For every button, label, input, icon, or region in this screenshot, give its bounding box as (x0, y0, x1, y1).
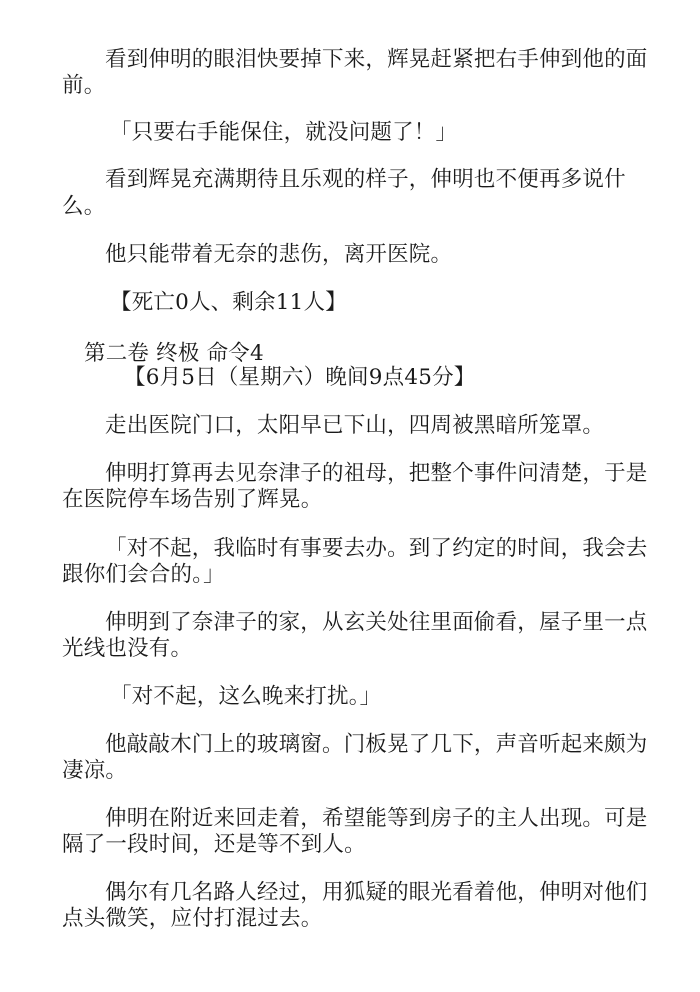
chapter-timestamp: 【6月5日（星期六）晚间9点45分】 (124, 365, 476, 391)
paragraph-9-line-2: 在医院停车场告别了辉晃。 (62, 487, 322, 513)
paragraph-1-line-2: 前。 (62, 73, 105, 99)
dialogue-3: 「对不起，这么晚来打扰。」 (110, 684, 381, 710)
dialogue-2-line-1: 「对不起，我临时有事要去办。到了约定的时间，我会去 (105, 536, 648, 562)
paragraph-15-line-1: 偶尔有几名路人经过，用狐疑的眼光看着他，伸明对他们 (105, 880, 648, 906)
paragraph-14-line-1: 伸明在附近来回走着，希望能等到房子的主人出现。可是 (105, 806, 648, 832)
paragraph-3-line-2: 么。 (62, 194, 105, 220)
document-page: 看到伸明的眼泪快要掉下来，辉晃赶紧把右手伸到他的面 前。 「只要右手能保住，就没… (0, 0, 700, 992)
paragraph-8: 走出医院门口，太阳早已下山，四周被黑暗所笼罩。 (105, 413, 604, 439)
dialogue-1: 「只要右手能保住，就没问题了！」 (110, 120, 457, 146)
paragraph-13-line-1: 他敲敲木门上的玻璃窗。门板晃了几下，声音听起来颇为 (105, 732, 648, 758)
paragraph-1-line-1: 看到伸明的眼泪快要掉下来，辉晃赶紧把右手伸到他的面 (105, 47, 648, 73)
paragraph-15-line-2: 点头微笑，应付打混过去。 (62, 906, 322, 932)
paragraph-14-line-2: 隔了一段时间，还是等不到人。 (62, 832, 366, 858)
paragraph-11-line-1: 伸明到了奈津子的家，从玄关处往里面偷看，屋子里一点 (105, 610, 648, 636)
paragraph-13-line-2: 凄凉。 (62, 758, 127, 784)
paragraph-4: 他只能带着无奈的悲伤，离开医院。 (105, 242, 452, 268)
paragraph-11-line-2: 光线也没有。 (62, 636, 192, 662)
status-count: 【死亡0人、剩余11人】 (110, 290, 347, 316)
dialogue-2-line-2: 跟你们会合的。」 (62, 562, 225, 588)
paragraph-9-line-1: 伸明打算再去见奈津子的祖母，把整个事件问清楚，于是 (105, 461, 648, 487)
paragraph-3-line-1: 看到辉晃充满期待且乐观的样子，伸明也不便再多说什 (105, 167, 626, 193)
chapter-heading: 第二卷 终极 命令4 (84, 341, 264, 367)
